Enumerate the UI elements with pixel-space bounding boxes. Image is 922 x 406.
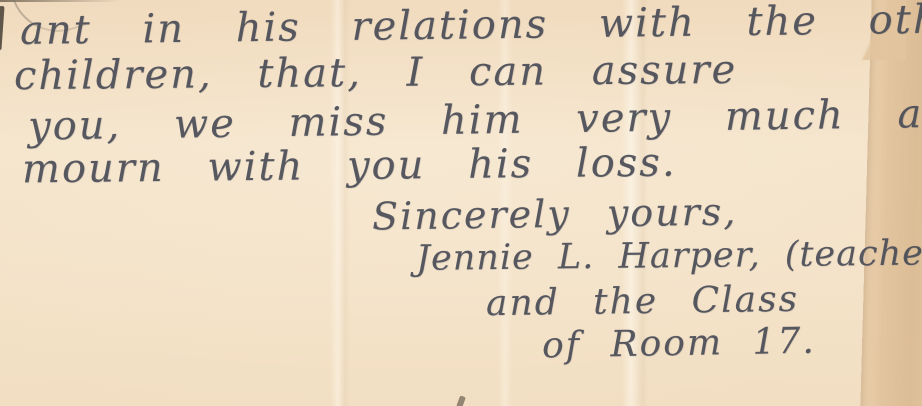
- paper-right-fold-edge: [860, 0, 922, 406]
- handwriting-line-body-1: ant in his relations with the other: [20, 0, 922, 54]
- scan-artifact-bottom-edge: [456, 395, 466, 406]
- scan-artifact-left-edge: [0, 6, 5, 50]
- handwriting-line-body-4: mourn with you his loss.: [22, 140, 677, 193]
- handwriting-closing: Sincerely yours,: [372, 189, 738, 238]
- handwriting-signature-name: Jennie L. Harper, (teacher): [416, 233, 922, 279]
- letter-scan-page: ant in his relations with the other chil…: [0, 0, 922, 406]
- handwriting-line-body-2: children, that, I can assure: [14, 47, 738, 99]
- handwriting-signature-room: of Room 17.: [542, 321, 816, 367]
- handwriting-signature-class: and the Class: [486, 279, 800, 324]
